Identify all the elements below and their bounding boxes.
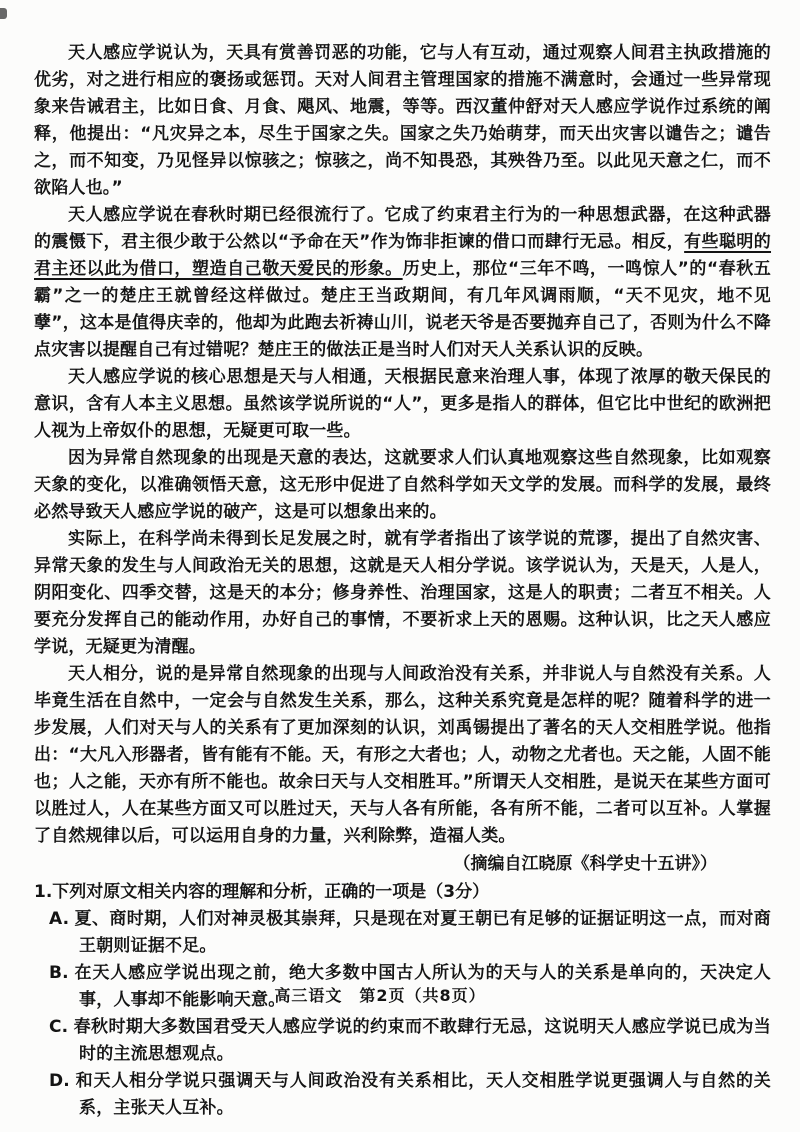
option-c-label: C. bbox=[49, 1017, 68, 1037]
passage-paragraph-6: 天人相分，说的是异常自然现象的出现与人间政治没有关系，并非说人与自然没有关系。人… bbox=[34, 661, 771, 850]
source-attribution: （摘编自江晓原《科学史十五讲》） bbox=[34, 850, 771, 878]
passage-paragraph-4: 因为异常自然现象的出现是天意的表达，这就要求人们认真地观察这些自然现象，比如观察… bbox=[34, 445, 771, 526]
question-1-option-d: D.和天人相分学说只强调天与人间政治没有关系相比，天人交相胜学说更强调人与自然的… bbox=[49, 1068, 771, 1122]
paragraph-2-pre-text: 天人感应学说在春秋时期已经很流行了。它成了约束君主行为的一种思想武器，在这种武器… bbox=[34, 205, 771, 252]
passage-and-question: 天人感应学说认为，天具有赏善罚恶的功能，它与人有互动，通过观察人间君主执政措施的… bbox=[34, 40, 771, 1122]
page-footer: 高三语文 第2页（共8页） bbox=[0, 983, 800, 1006]
option-d-text: 和天人相分学说只强调天与人间政治没有关系相比，天人交相胜学说更强调人与自然的关系… bbox=[75, 1071, 771, 1118]
option-a-label: A. bbox=[49, 909, 69, 929]
passage-paragraph-2: 天人感应学说在春秋时期已经很流行了。它成了约束君主行为的一种思想武器，在这种武器… bbox=[34, 202, 771, 364]
option-c-text: 春秋时期大多数国君受天人感应学说的约束而不敢肆行无忌，这说明天人感应学说已成为当… bbox=[73, 1017, 771, 1064]
option-b-label: B. bbox=[49, 963, 69, 983]
option-a-text: 夏、商时期，人们对神灵极其崇拜，只是现在对夏王朝已有足够的证据证明这一点，而对商… bbox=[74, 909, 771, 956]
passage-paragraph-5: 实际上，在科学尚未得到长足发展之时，就有学者指出了该学说的荒谬，提出了自然灾害、… bbox=[34, 526, 771, 661]
question-1-stem: 1.下列对原文相关内容的理解和分析，正确的一项是（3分） bbox=[34, 878, 771, 906]
question-1-option-a: A.夏、商时期，人们对神灵极其崇拜，只是现在对夏王朝已有足够的证据证明这一点，而… bbox=[49, 906, 771, 960]
scan-artifact bbox=[0, 8, 7, 19]
passage-paragraph-3: 天人感应学说的核心思想是天与人相通，天根据民意来治理人事，体现了浓厚的敬天保民的… bbox=[34, 364, 771, 445]
exam-paper-page: 天人感应学说认为，天具有赏善罚恶的功能，它与人有互动，通过观察人间君主执政措施的… bbox=[0, 0, 800, 1132]
question-1-option-c: C.春秋时期大多数国君受天人感应学说的约束而不敢肆行无忌，这说明天人感应学说已成… bbox=[49, 1014, 771, 1068]
passage-paragraph-1: 天人感应学说认为，天具有赏善罚恶的功能，它与人有互动，通过观察人间君主执政措施的… bbox=[34, 40, 771, 202]
option-d-label: D. bbox=[49, 1071, 70, 1091]
